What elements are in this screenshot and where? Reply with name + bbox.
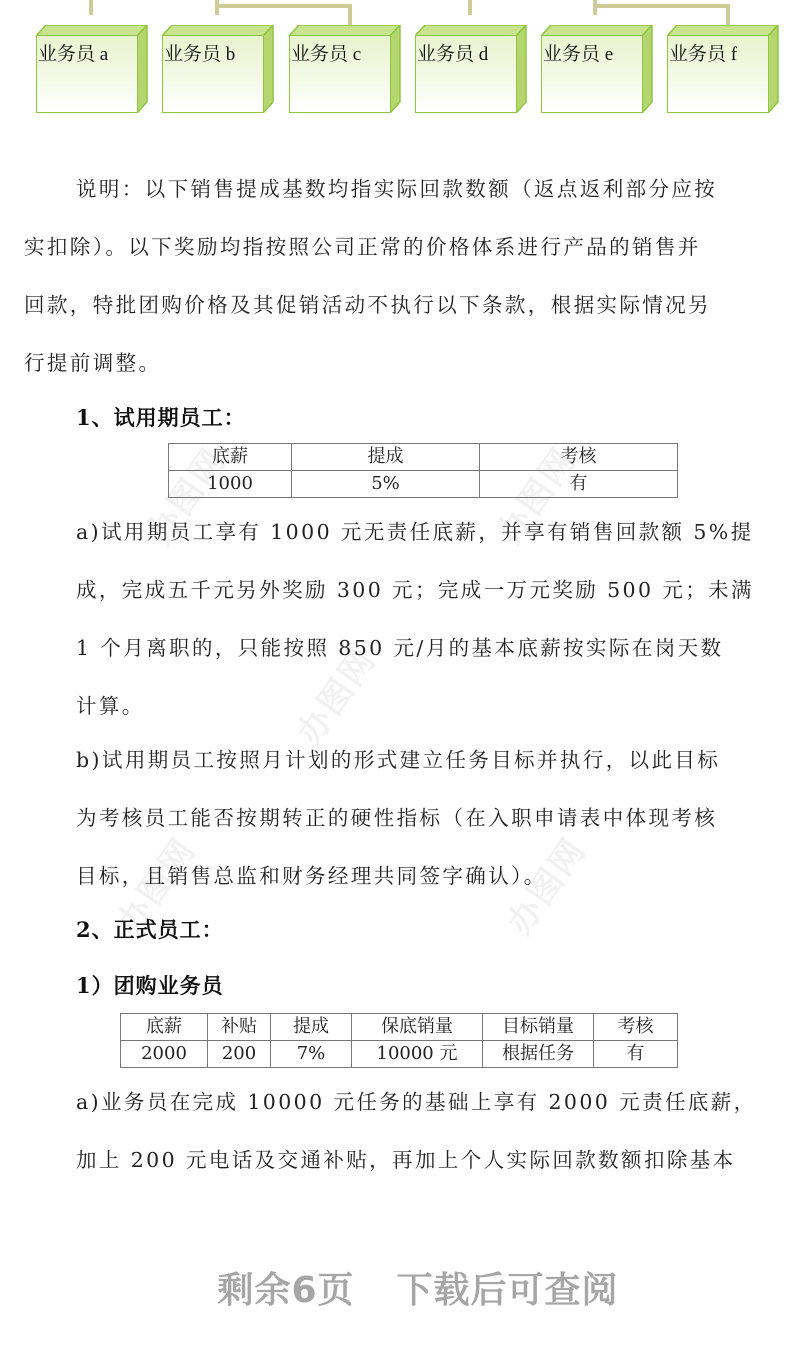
- box-side: [516, 25, 527, 113]
- intro-paragraph: 说明：以下销售提成基数均指实际回款数额（返点返利部分应按 实扣除）。以下奖励均指…: [24, 160, 776, 392]
- para-line: 成，完成五千元另外奖励 300 元；完成一万元奖励 500 元；未满: [76, 561, 786, 619]
- section1-heading: 1、试用期员工：: [76, 402, 246, 432]
- box-side: [137, 25, 148, 113]
- remaining-pages-label: 剩余6页: [217, 1270, 354, 1311]
- org-box-a: 业务员 a: [36, 25, 146, 113]
- intro-line: 行提前调整。: [24, 334, 776, 392]
- table-header-cell: 底薪: [121, 1014, 208, 1041]
- table-header-cell: 底薪: [169, 444, 292, 471]
- connector-bc-horizontal: [215, 4, 352, 8]
- intro-line: 回款，特批团购价格及其促销活动不执行以下条款，根据实际情况另: [24, 276, 776, 334]
- download-to-view-label: 下载后可查阅: [397, 1270, 619, 1311]
- table-header-row: 底薪 补贴 提成 保底销量 目标销量 考核: [121, 1014, 678, 1041]
- section1-para-a: a)试用期员工享有 1000 元无责任底薪，并享有销售回款额 5%提 成，完成五…: [76, 503, 786, 735]
- para-line: b)试用期员工按照月计划的形式建立任务目标并执行，以此目标: [76, 731, 786, 789]
- section2-para-a: a)业务员在完成 10000 元任务的基础上享有 2000 元责任底薪， 加上 …: [76, 1073, 786, 1189]
- org-box-d: 业务员 d: [415, 25, 525, 113]
- intro-line: 实扣除）。以下奖励均指按照公司正常的价格体系进行产品的销售并: [24, 218, 776, 276]
- para-line: a)试用期员工享有 1000 元无责任底薪，并享有销售回款额 5%提: [76, 503, 786, 561]
- table-header-cell: 提成: [271, 1014, 352, 1041]
- group-buy-table: 底薪 补贴 提成 保底销量 目标销量 考核 2000 200 7% 10000 …: [120, 1013, 678, 1068]
- table-header-cell: 考核: [480, 444, 678, 471]
- section2-subheading: 1）团购业务员: [76, 970, 224, 1000]
- org-box-label: 业务员 e: [543, 39, 613, 66]
- table-cell: 1000: [169, 471, 292, 498]
- org-box-f: 业务员 f: [667, 25, 777, 113]
- connector-a: [89, 0, 93, 15]
- table-cell: 7%: [271, 1041, 352, 1068]
- table-header-cell: 保底销量: [352, 1014, 483, 1041]
- table-header-row: 底薪 提成 考核: [169, 444, 678, 471]
- para-line: a)业务员在完成 10000 元任务的基础上享有 2000 元责任底薪，: [76, 1073, 786, 1131]
- table-header-cell: 目标销量: [483, 1014, 594, 1041]
- org-box-b: 业务员 b: [162, 25, 272, 113]
- connector-ef-horizontal: [593, 4, 730, 8]
- section2-heading: 2、正式员工：: [76, 914, 224, 944]
- probation-table: 底薪 提成 考核 1000 5% 有: [168, 443, 678, 498]
- org-box-c: 业务员 c: [289, 25, 399, 113]
- table-header-cell: 考核: [594, 1014, 678, 1041]
- table-header-cell: 提成: [292, 444, 480, 471]
- box-side: [390, 25, 401, 113]
- org-box-label: 业务员 f: [669, 39, 737, 66]
- para-line: 加上 200 元电话及交通补贴，再加上个人实际回款数额扣除基本: [76, 1131, 786, 1189]
- table-header-cell: 补贴: [208, 1014, 271, 1041]
- org-box-e: 业务员 e: [541, 25, 651, 113]
- box-side: [263, 25, 274, 113]
- para-line: 目标，且销售总监和财务经理共同签字确认）。: [76, 847, 786, 905]
- intro-line: 说明：以下销售提成基数均指实际回款数额（返点返利部分应按: [24, 160, 776, 218]
- connector-d: [468, 0, 472, 15]
- table-cell: 根据任务: [483, 1041, 594, 1068]
- table-cell: 2000: [121, 1041, 208, 1068]
- section1-para-b: b)试用期员工按照月计划的形式建立任务目标并执行，以此目标 为考核员工能否按期转…: [76, 731, 786, 905]
- box-side: [768, 25, 779, 113]
- table-row: 2000 200 7% 10000 元 根据任务 有: [121, 1041, 678, 1068]
- org-box-label: 业务员 b: [164, 39, 235, 66]
- table-cell: 200: [208, 1041, 271, 1068]
- table-cell: 有: [594, 1041, 678, 1068]
- org-box-label: 业务员 c: [291, 39, 361, 66]
- table-cell: 有: [480, 471, 678, 498]
- download-prompt[interactable]: 剩余6页下载后可查阅: [0, 1262, 800, 1313]
- table-cell: 10000 元: [352, 1041, 483, 1068]
- para-line: 为考核员工能否按期转正的硬性指标（在入职申请表中体现考核: [76, 789, 786, 847]
- org-box-label: 业务员 d: [417, 39, 488, 66]
- para-line: 1 个月离职的，只能按照 850 元/月的基本底薪按实际在岗天数: [76, 619, 786, 677]
- table-row: 1000 5% 有: [169, 471, 678, 498]
- box-side: [642, 25, 653, 113]
- para-line: 计算。: [76, 677, 786, 735]
- connector-c: [348, 4, 352, 26]
- org-box-label: 业务员 a: [38, 39, 108, 66]
- connector-f: [726, 4, 730, 26]
- table-cell: 5%: [292, 471, 480, 498]
